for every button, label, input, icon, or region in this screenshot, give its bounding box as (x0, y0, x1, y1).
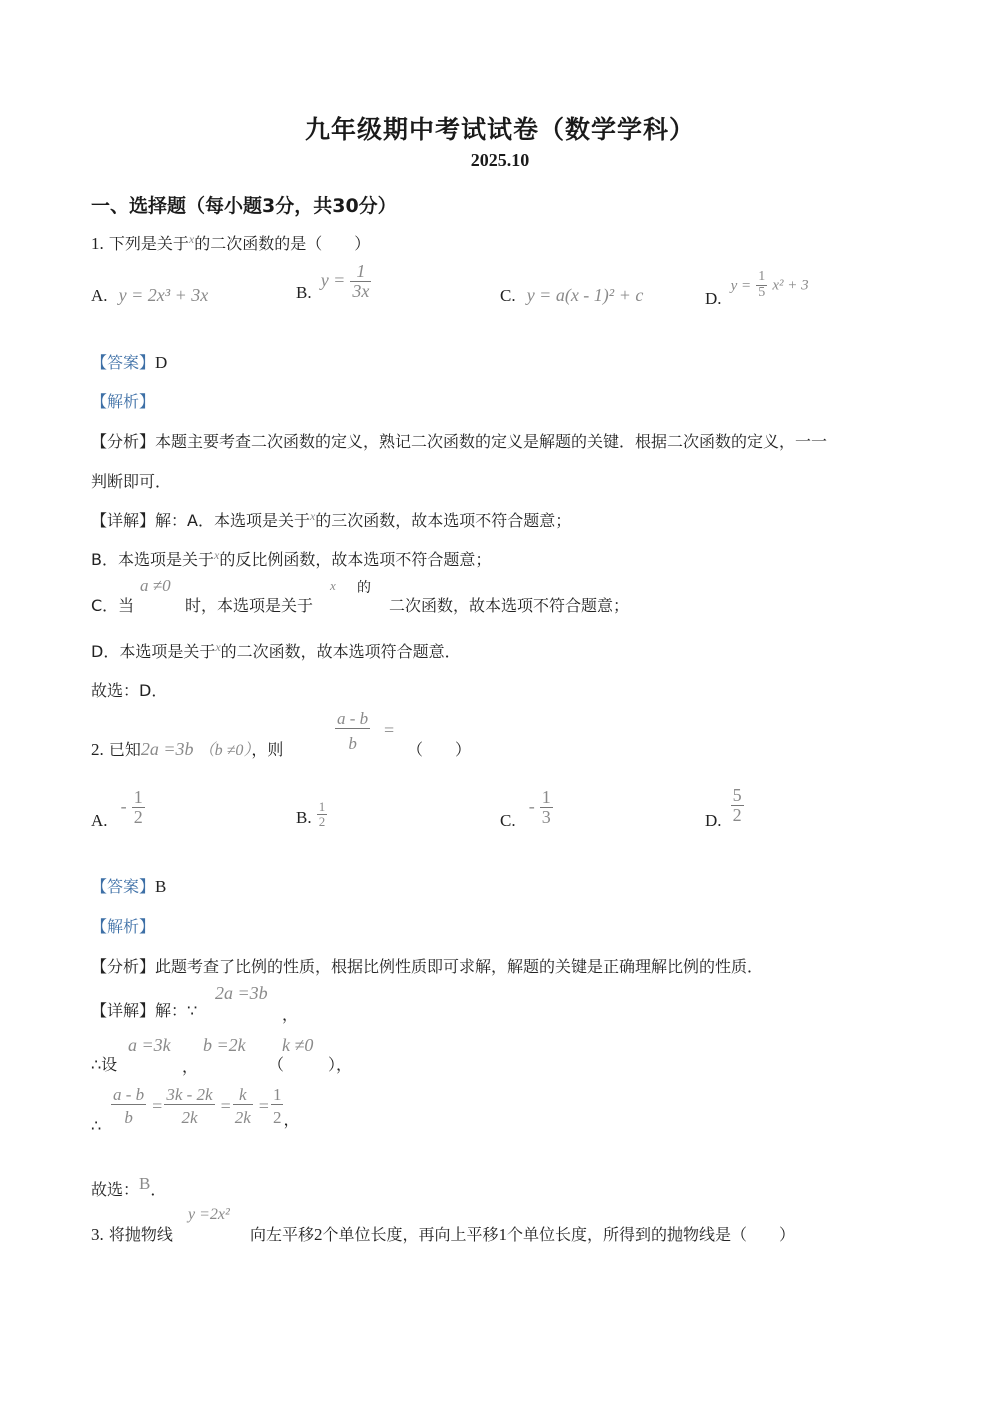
stem-text: 个单位长度，再向上平移 (323, 1225, 499, 1244)
set-sep: ， (182, 1054, 198, 1077)
fraction: 3k - 2k2k (164, 1086, 214, 1127)
option-c[interactable]: C. y = a(x - 1)² + c (500, 285, 643, 306)
answer-value: B (155, 877, 166, 896)
option-expr: x² + 3 (772, 278, 808, 294)
detail-text: 【详解】解：A．本选项是关于 (91, 511, 310, 530)
stem-text: ，则 (251, 740, 283, 759)
option-a[interactable]: A. - 12 (91, 788, 145, 827)
detail-c-de: 的 (357, 577, 371, 597)
equation: 2a =3b (141, 739, 194, 759)
comma: ， (282, 1002, 298, 1025)
denominator: 2 (132, 808, 145, 827)
conclusion: 故选：D． (91, 678, 167, 701)
paren-close: ）， (328, 1052, 352, 1075)
detail-text: 的反比例函数，故本选项不符合题意； (219, 550, 491, 569)
fraction: 15 (756, 270, 767, 300)
detail-text: C．当 (91, 596, 134, 615)
analysis-line-2: 判断即可． (91, 469, 171, 492)
numerator: 1 (271, 1086, 284, 1104)
answer-value: D (155, 353, 167, 372)
answer-line: 【答案】D (91, 350, 167, 373)
detail-text: D．本选项是关于 (91, 642, 215, 661)
equals-sign: = (259, 1096, 269, 1117)
detail-c-mid: 时，本选项是关于 (185, 593, 313, 616)
set-intro: ∴设 (91, 1052, 117, 1075)
question-1-stem: 1. 下列是关于x的二次函数的是（ ） (91, 231, 370, 254)
option-label: A. (91, 811, 108, 830)
numerator: 1 (354, 262, 367, 281)
variable-x: x (330, 578, 336, 594)
detail-a: 【详解】解：A．本选项是关于x的三次函数，故本选项不符合题意； (91, 508, 571, 531)
condition-a-nonzero: a ≠0 (140, 576, 171, 596)
set-b: b =2k (203, 1035, 246, 1056)
fraction: k2k (233, 1086, 253, 1127)
option-label: C. (500, 811, 516, 830)
option-b[interactable]: B. y = 13x (296, 262, 371, 301)
numerator: 3k - 2k (164, 1086, 214, 1104)
denominator: 5 (756, 286, 767, 301)
conclusion-text: ． (150, 1180, 166, 1199)
stem-text: 的二次函数的是（ ） (194, 234, 370, 253)
minus-sign: - (121, 796, 127, 816)
question-number: 3. (91, 1225, 104, 1244)
stem-text: 已知 (109, 740, 141, 759)
stem-text: 将抛物线 (109, 1225, 173, 1244)
denominator: 2 (317, 815, 328, 829)
fraction: a - bb (335, 710, 370, 753)
question-3-stem-start: 3. 将抛物线 (91, 1222, 173, 1245)
conclusion-text: 故选： (91, 1180, 139, 1199)
detail-c: C．当 (91, 593, 134, 616)
section-heading: 一、选择题（每小题3分，共30分） (91, 191, 397, 218)
denominator: 2 (731, 806, 744, 825)
therefore-symbol: ∴ (91, 1116, 101, 1135)
fraction: 13 (540, 788, 553, 827)
option-expr: y = a(x - 1)² + c (527, 285, 644, 305)
denominator: b (122, 1105, 135, 1127)
analysis-tag: 【解析】 (91, 914, 155, 937)
denominator: 3 (540, 808, 553, 827)
answer-tag: 【答案】 (91, 877, 155, 896)
fraction: 52 (731, 786, 744, 825)
equals-sign: = (221, 1096, 231, 1117)
conclusion-answer: B (139, 1174, 150, 1193)
numerator: 1 (540, 788, 553, 807)
numerator: 1 (317, 800, 328, 814)
analysis-tag: 【解析】 (91, 389, 155, 412)
numerator: 5 (731, 786, 744, 805)
fraction: 13x (350, 262, 371, 301)
question-2-stem: 2. 已知2a =3b （b ≠0），则 (91, 737, 283, 760)
option-lhs: y = (731, 278, 752, 294)
numerator: 1 (132, 788, 145, 807)
option-expr: y = 2x³ + 3x (119, 285, 209, 305)
detail-text: B．本选项是关于 (91, 550, 214, 569)
denominator: 2 (271, 1105, 284, 1127)
fraction-chain: a - bb = 3k - 2k2k = k2k = 12 ， (111, 1086, 299, 1127)
given-equation: 2a =3b (215, 983, 268, 1004)
equals-sign: = (384, 720, 394, 741)
minus-sign: - (529, 796, 535, 816)
answer-line: 【答案】B (91, 874, 166, 897)
shift-up-amount: 1 (499, 1225, 508, 1244)
numerator: k (237, 1086, 249, 1104)
equals-sign: = (152, 1096, 162, 1117)
option-b[interactable]: B. 12 (296, 800, 327, 828)
option-c[interactable]: C. - 13 (500, 788, 553, 827)
option-label: A. (91, 286, 108, 305)
denominator: 2k (179, 1105, 199, 1127)
fraction: a - bb (111, 1086, 146, 1127)
fraction: 12 (317, 800, 328, 828)
denominator: b (346, 729, 359, 753)
exam-title: 九年级期中考试试卷（数学学科） (0, 110, 1000, 146)
option-label: B. (296, 283, 312, 302)
fraction: 12 (271, 1086, 284, 1127)
option-lhs: y = (321, 270, 346, 290)
analysis-line-1: 【分析】本题主要考查二次函数的定义，熟记二次函数的定义是解题的关键．根据二次函数… (91, 429, 827, 452)
option-label: D. (705, 811, 722, 830)
numerator: 1 (756, 270, 767, 285)
answer-tag: 【答案】 (91, 353, 155, 372)
parabola-equation: y =2x² (188, 1206, 230, 1224)
question-3-stem-rest: 向左平移2个单位长度，再向上平移1个单位长度，所得到的抛物线是（ ） (250, 1222, 795, 1245)
stem-text: 向左平移 (250, 1225, 314, 1244)
stem-text: 个单位长度，所得到的抛物线是（ ） (507, 1225, 795, 1244)
denominator: 2k (233, 1105, 253, 1127)
detail-text: 的三次函数，故本选项不符合题意； (315, 511, 571, 530)
set-a: a =3k (128, 1035, 171, 1056)
question-number: 2. (91, 740, 104, 759)
analysis-line: 【分析】此题考查了比例的性质，根据比例性质即可求解，解题的关键是正确理解比例的性… (91, 954, 763, 977)
comma: ， (283, 1107, 299, 1130)
answer-paren: （ ） (407, 737, 471, 760)
option-a[interactable]: A. y = 2x³ + 3x (91, 285, 208, 306)
numerator: a - b (335, 710, 370, 728)
stem-text: 下列是关于 (109, 234, 189, 253)
numerator: a - b (111, 1086, 146, 1104)
option-label: C. (500, 286, 516, 305)
detail-text: 的二次函数，故本选项符合题意． (221, 642, 461, 661)
conclusion: 故选：B． (91, 1177, 166, 1200)
detail-d: D．本选项是关于x的二次函数，故本选项符合题意． (91, 639, 461, 662)
detail-c-post: 二次函数，故本选项不符合题意； (389, 593, 629, 616)
option-d[interactable]: D. y = 15 x² + 3 (705, 270, 809, 300)
exam-date: 2025.10 (0, 150, 1000, 171)
denominator: 3x (350, 282, 371, 301)
fraction: 12 (132, 788, 145, 827)
question-number: 1. (91, 234, 104, 253)
stem-fraction: a - bb (335, 710, 370, 753)
k-nonzero: k ≠0 (282, 1035, 313, 1056)
condition: （b ≠0） (199, 742, 252, 759)
shift-left-amount: 2 (314, 1225, 323, 1244)
detail-b: B．本选项是关于x的反比例函数，故本选项不符合题意； (91, 547, 491, 570)
option-label: D. (705, 289, 722, 308)
option-label: B. (296, 808, 312, 827)
option-d[interactable]: D. 52 (705, 786, 744, 825)
detail-intro: 【详解】解：∵ (91, 998, 197, 1021)
